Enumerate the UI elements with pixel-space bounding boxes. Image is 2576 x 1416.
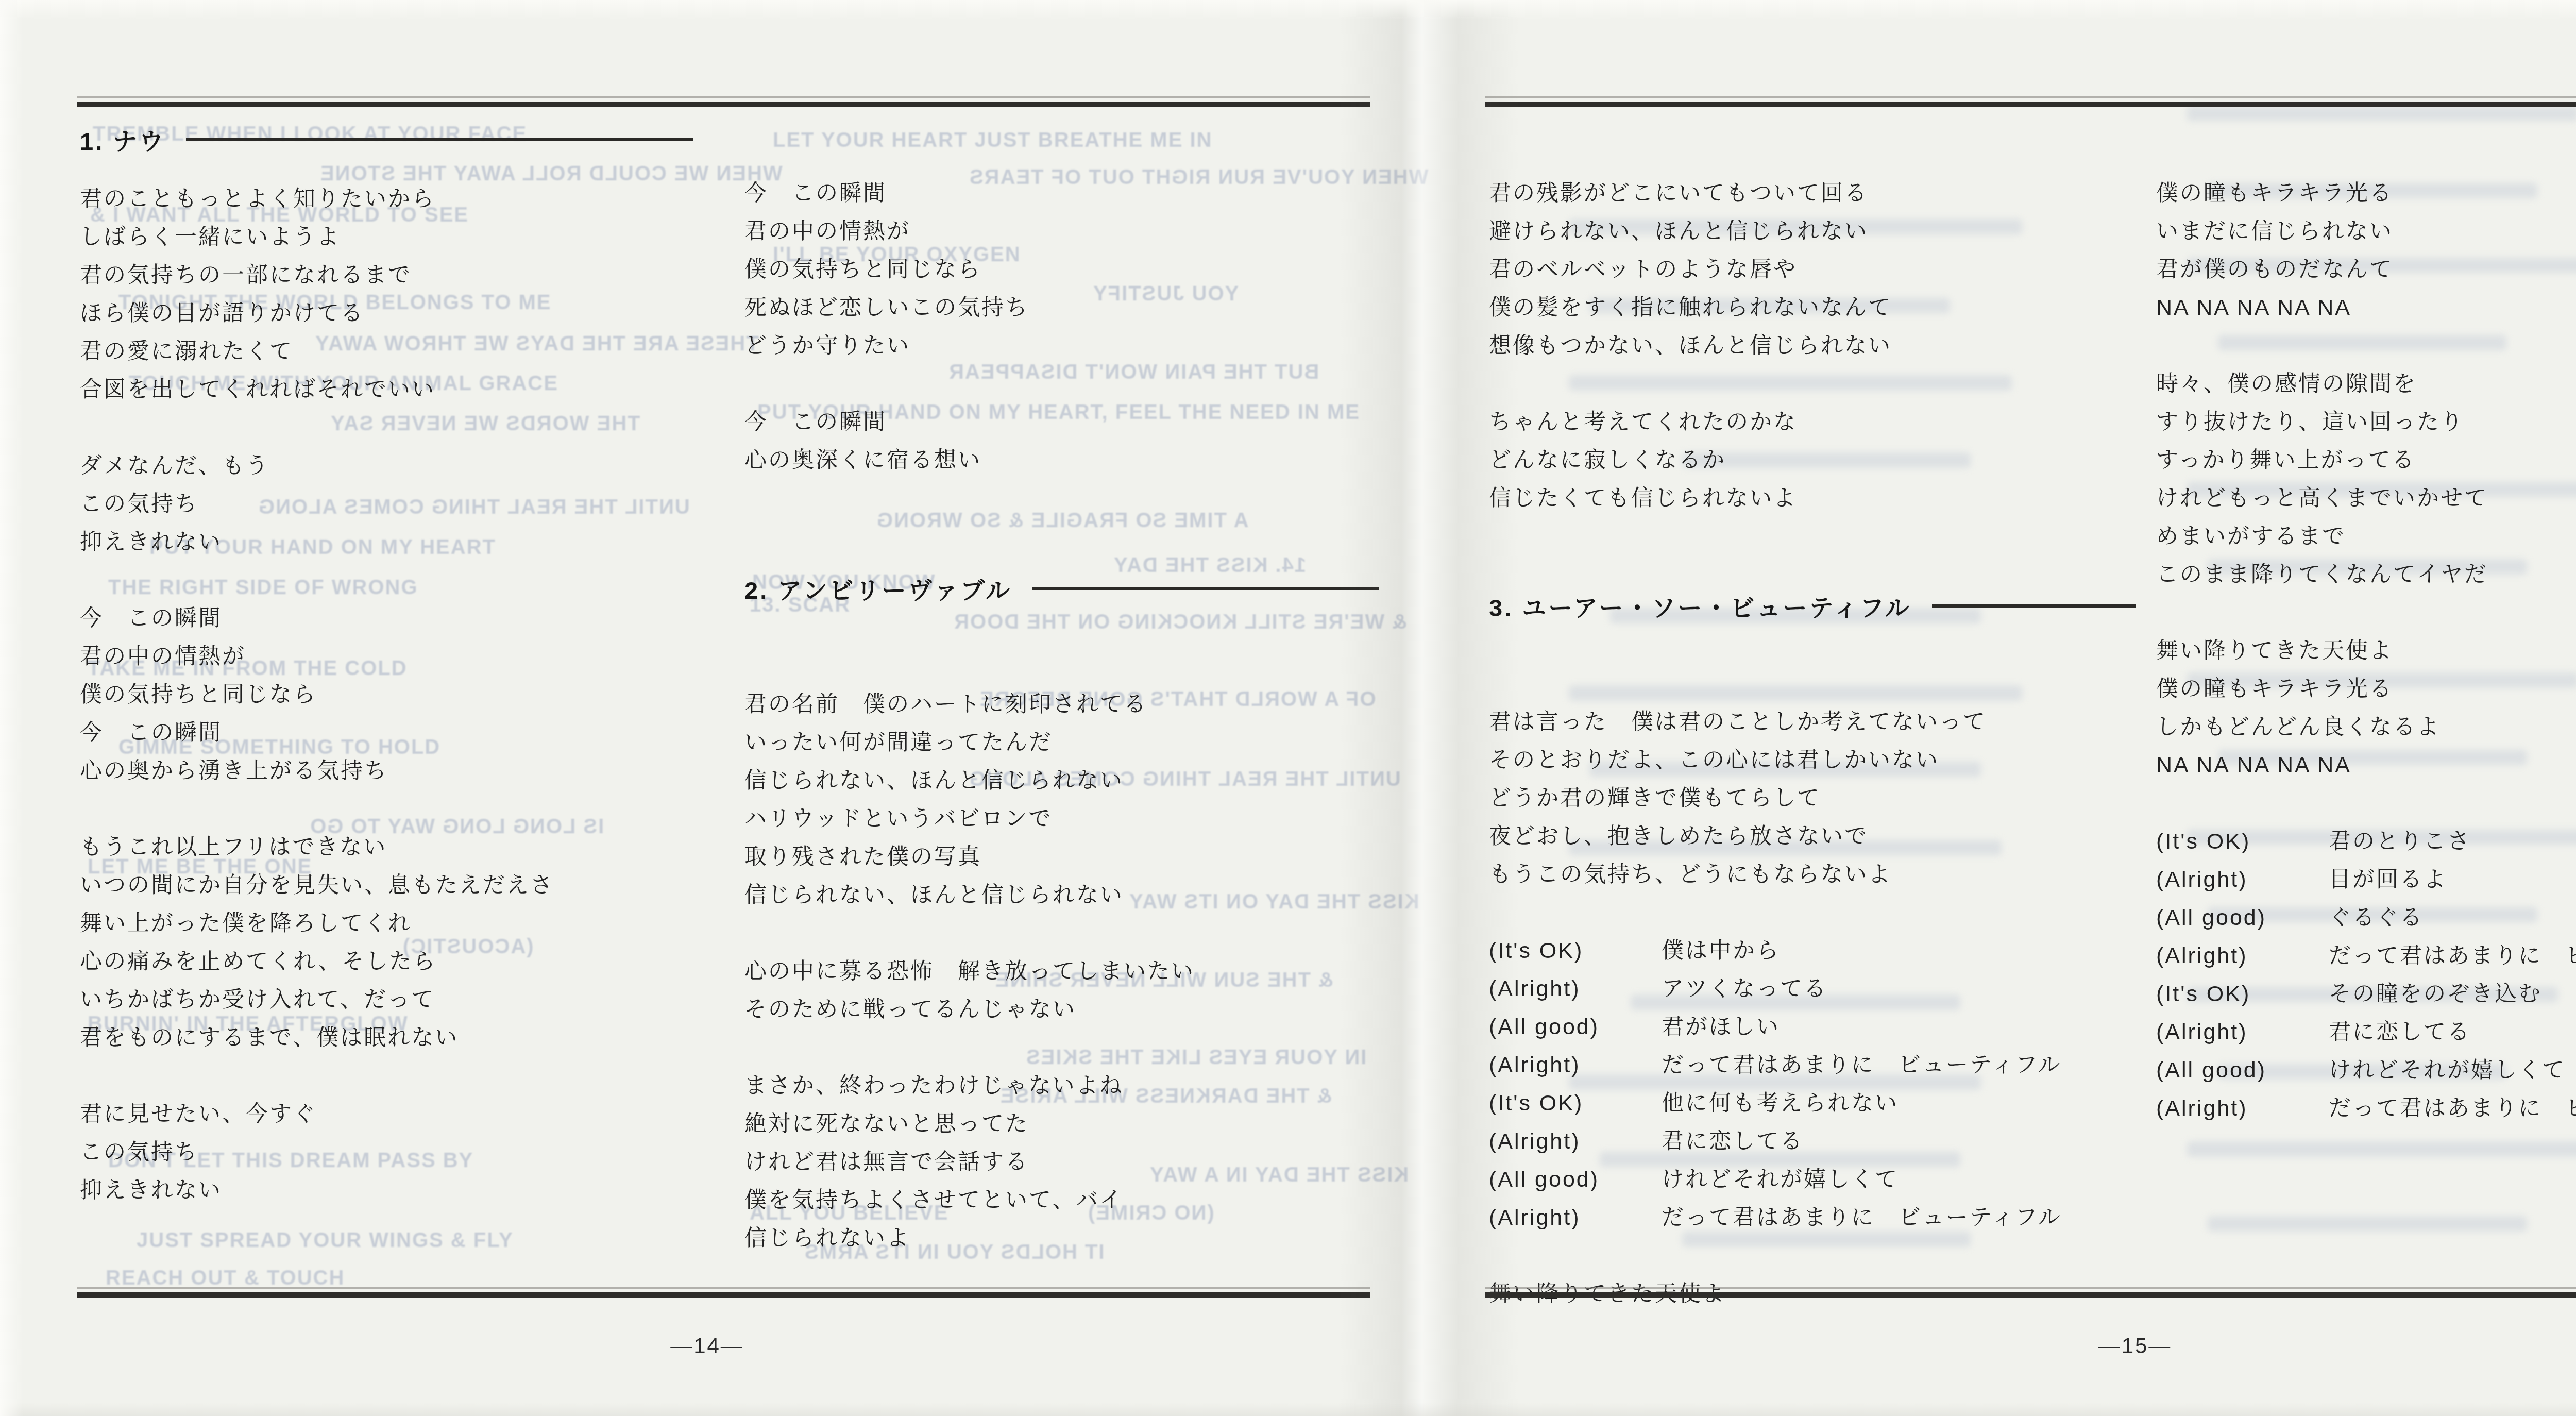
lyric-line-call-response: (Alright)目が回るよ bbox=[2156, 861, 2576, 899]
lyric-line: 信じたくても信じられないよ bbox=[1489, 479, 2138, 517]
song-title-text: 3. ユーアー・ソー・ビューティフル bbox=[1489, 589, 1911, 623]
lyric-line: 夜どおし、抱きしめたら放さないで bbox=[1489, 817, 2138, 855]
lyric-line: 君の愛に溺れたくて bbox=[80, 332, 696, 370]
song-title-text: 2. アンビリーヴァブル bbox=[744, 571, 1012, 606]
lyric-line: この気持ち bbox=[80, 485, 696, 523]
lyrics-column: 今 この瞬間君の中の情熱が僕の気持ちと同じなら死ぬほど恋しいこの気持ちどうか守り… bbox=[744, 174, 1381, 1257]
call-label: (All good) bbox=[1489, 1160, 1662, 1199]
top-rule bbox=[77, 102, 1370, 107]
call-label: (Alright) bbox=[2156, 937, 2329, 975]
stanza-gap bbox=[744, 1029, 1381, 1067]
spacer bbox=[1489, 626, 2138, 703]
stanza-gap bbox=[80, 1057, 696, 1095]
lyric-line: NA NA NA NA NA bbox=[2156, 746, 2576, 784]
lyric-line: ちゃんと考えてくれたのかな bbox=[1489, 403, 2138, 441]
call-label: (Alright) bbox=[2156, 1013, 2329, 1051]
lyric-line: 信じられないよ bbox=[744, 1219, 1381, 1257]
lyric-line: どうか君の輝きで僕もてらして bbox=[1489, 779, 2138, 817]
response-text: 君がほしい bbox=[1662, 1008, 1780, 1046]
spacer bbox=[744, 608, 1381, 685]
lyric-line: もうこれ以上フリはできない bbox=[80, 828, 696, 866]
lyric-line: 避けられない、ほんと信じられない bbox=[1489, 212, 2138, 250]
lyric-line-call-response: (It's OK)その瞳をのぞき込む bbox=[2156, 975, 2576, 1013]
response-text: 僕は中から bbox=[1662, 932, 1780, 970]
call-label: (Alright) bbox=[1489, 1046, 1662, 1084]
stanza-gap bbox=[744, 365, 1381, 403]
top-rule bbox=[1485, 102, 2576, 107]
lyric-line: 心の痛みを止めてくれ、そしたら bbox=[80, 942, 696, 981]
call-label: (It's OK) bbox=[2156, 975, 2329, 1013]
call-label: (Alright) bbox=[1489, 970, 1662, 1008]
lyric-line: すっかり舞い上がってる bbox=[2156, 441, 2576, 479]
lyric-line: 僕の気持ちと同じなら bbox=[80, 676, 696, 714]
lyric-line: 僕の気持ちと同じなら bbox=[744, 250, 1381, 289]
ghost-smudge bbox=[2208, 1216, 2527, 1232]
call-label: (Alright) bbox=[2156, 861, 2329, 899]
bottom-rule bbox=[1485, 1292, 2576, 1298]
lyric-line: まさか、終わったわけじゃないよね bbox=[744, 1067, 1381, 1105]
call-label: (It's OK) bbox=[2156, 822, 2329, 861]
stanza-gap bbox=[80, 561, 696, 599]
response-text: 君のとりこさ bbox=[2329, 822, 2471, 861]
response-text: だって君はあまりに ビューティフル bbox=[1662, 1046, 2062, 1084]
stanza-gap bbox=[1489, 365, 2138, 403]
lyric-line: 君のこともっとよく知りたいから bbox=[80, 180, 696, 218]
response-text: だって君はあまりに ビューティフル bbox=[2329, 937, 2576, 975]
lyric-line: もうこの気持ち、どうにもならないよ bbox=[1489, 855, 2138, 894]
response-text: 君に恋してる bbox=[1662, 1122, 1804, 1160]
lyric-line-call-response: (Alright)だって君はあまりに ビューティフル bbox=[2156, 937, 2576, 975]
lyric-line: 今 この瞬間 bbox=[80, 599, 696, 637]
stanza-gap bbox=[744, 479, 1381, 517]
response-text: けれどそれが嬉しくて bbox=[2329, 1051, 2566, 1089]
lyric-line-call-response: (All good)けれどそれが嬉しくて bbox=[2156, 1051, 2576, 1089]
lyric-line: 取り残された僕の写真 bbox=[744, 838, 1381, 876]
call-label: (All good) bbox=[1489, 1008, 1662, 1046]
lyric-line: 心の奥深くに宿る想い bbox=[744, 441, 1381, 479]
lyric-line-call-response: (Alright)だって君はあまりに ビューティフル bbox=[1489, 1046, 2138, 1084]
lyric-line: 絶対に死なないと思ってた bbox=[744, 1105, 1381, 1143]
call-label: (All good) bbox=[2156, 899, 2329, 937]
lyric-line: いまだに信じられない bbox=[2156, 212, 2576, 250]
lyric-line: 君が僕のものだなんて bbox=[2156, 250, 2576, 289]
lyric-line-call-response: (It's OK)他に何も考えられない bbox=[1489, 1084, 2138, 1122]
page-number: —14— bbox=[0, 1334, 1414, 1358]
lyric-line: そのとおりだよ、この心には君しかいない bbox=[1489, 741, 2138, 779]
lyric-line: 君の中の情熱が bbox=[80, 637, 696, 676]
ghost-showthrough-text: LET YOUR HEART JUST BREATHE ME IN bbox=[773, 129, 1212, 152]
lyric-line-call-response: (It's OK)君のとりこさ bbox=[2156, 822, 2576, 861]
lyric-line: 僕の髪をすく指に触れられないなんて bbox=[1489, 289, 2138, 327]
call-label: (All good) bbox=[2156, 1051, 2329, 1089]
song-title: 3. ユーアー・ソー・ビューティフル bbox=[1489, 586, 2138, 626]
lyric-line: いつの間にか自分を見失い、息もたえだえさ bbox=[80, 866, 696, 904]
lyric-line: 抑えきれない bbox=[80, 1171, 696, 1209]
lyric-line: NA NA NA NA NA bbox=[2156, 289, 2576, 327]
bottom-rule-thin bbox=[1485, 1287, 2576, 1289]
stanza-gap bbox=[1489, 1237, 2138, 1275]
booklet-page-15: 4. エヴリデイ 君の残影がどこにいてもついて回る避けられない、ほんと信じられな… bbox=[1414, 0, 2576, 1416]
lyric-line: 君に見せたい、今すぐ bbox=[80, 1095, 696, 1133]
stanza-gap bbox=[2156, 784, 2576, 822]
bottom-rule-thin bbox=[77, 1287, 1370, 1289]
lyric-line: どんなに寂しくなるか bbox=[1489, 441, 2138, 479]
stanza-gap bbox=[1489, 894, 2138, 932]
lyric-line: 僕の瞳もキラキラ光る bbox=[2156, 174, 2576, 212]
lyric-line-call-response: (All good)ぐるぐる bbox=[2156, 899, 2576, 937]
lyric-line: 君は言った 僕は君のことしか考えてないって bbox=[1489, 703, 2138, 741]
lyric-line: すり抜けたり、這い回ったり bbox=[2156, 403, 2576, 441]
spacer bbox=[80, 159, 696, 180]
response-text: 他に何も考えられない bbox=[1662, 1084, 1899, 1122]
lyric-line-call-response: (Alright)君に恋してる bbox=[1489, 1122, 2138, 1160]
response-text: だって君はあまりに ビューティフル bbox=[1662, 1199, 2062, 1237]
lyric-line: 想像もつかない、ほんと信じられない bbox=[1489, 327, 2138, 365]
lyric-line: いちかばちか受け入れて、だって bbox=[80, 981, 696, 1019]
top-rule-thin bbox=[1485, 96, 2576, 98]
ghost-smudge bbox=[2187, 1141, 2576, 1157]
call-label: (Alright) bbox=[1489, 1122, 1662, 1160]
lyric-line: 舞い降りてきた天使よ bbox=[2156, 632, 2576, 670]
lyric-line-call-response: (All good)けれどそれが嬉しくて bbox=[1489, 1160, 2138, 1199]
lyric-line: しばらく一緒にいようよ bbox=[80, 218, 696, 256]
spacer bbox=[744, 517, 1381, 569]
song-title: 2. アンビリーヴァブル bbox=[744, 569, 1381, 608]
lyric-line: どうか守りたい bbox=[744, 327, 1381, 365]
response-text: けれどそれが嬉しくて bbox=[1662, 1160, 1899, 1199]
lyric-line-call-response: (Alright)だって君はあまりに ビューティフル bbox=[2156, 1089, 2576, 1127]
lyric-line: 君の気持ちの一部になれるまで bbox=[80, 256, 696, 294]
lyric-line: 抑えきれない bbox=[80, 523, 696, 561]
stanza-gap bbox=[80, 409, 696, 447]
lyrics-column: 僕の瞳もキラキラ光るいまだに信じられない君が僕のものだなんてNA NA NA N… bbox=[2156, 174, 2576, 1127]
lyric-line: けれど君は無言で会話する bbox=[744, 1143, 1381, 1181]
response-text: ぐるぐる bbox=[2329, 899, 2424, 937]
lyric-line: 君の名前 僕のハートに刻印されてる bbox=[744, 685, 1381, 723]
booklet-page-14: TREMBLE WHEN I LOOK AT YOUR FACEWHEN WE … bbox=[0, 0, 1414, 1416]
stanza-gap bbox=[744, 914, 1381, 952]
lyric-line: 君の中の情熱が bbox=[744, 212, 1381, 250]
page-number: —15— bbox=[1414, 1334, 2576, 1358]
lyric-line: 今 この瞬間 bbox=[80, 714, 696, 752]
top-rule-thin bbox=[77, 96, 1370, 98]
lyric-line: 合図を出してくれればそれでいい bbox=[80, 370, 696, 409]
lyric-line: この気持ち bbox=[80, 1133, 696, 1171]
response-text: 目が回るよ bbox=[2329, 861, 2447, 899]
lyric-line: ほら僕の目が語りかけてる bbox=[80, 294, 696, 332]
lyric-line-call-response: (All good)君がほしい bbox=[1489, 1008, 2138, 1046]
response-text: その瞳をのぞき込む bbox=[2329, 975, 2542, 1013]
lyric-line: 心の奥から湧き上がる気持ち bbox=[80, 752, 696, 790]
bottom-rule bbox=[77, 1292, 1370, 1298]
call-label: (It's OK) bbox=[1489, 1084, 1662, 1122]
lyric-line: ダメなんだ、もう bbox=[80, 447, 696, 485]
lyric-line: いったい何が間違ってたんだ bbox=[744, 723, 1381, 762]
lyric-line: 舞い上がった僕を降ろしてくれ bbox=[80, 904, 696, 942]
ghost-smudge bbox=[2187, 106, 2576, 121]
stanza-gap bbox=[1489, 517, 2138, 555]
spacer bbox=[1489, 555, 2138, 586]
lyric-line: 君をものにするまで、僕は眠れない bbox=[80, 1019, 696, 1057]
call-label: (It's OK) bbox=[1489, 932, 1662, 970]
lyric-line: 今 この瞬間 bbox=[744, 403, 1381, 441]
lyric-line: 今 この瞬間 bbox=[744, 174, 1381, 212]
song-title: 1. ナウ bbox=[80, 120, 696, 159]
booklet-spread: TREMBLE WHEN I LOOK AT YOUR FACEWHEN WE … bbox=[0, 0, 2576, 1416]
lyric-line-call-response: (Alright)アツくなってる bbox=[1489, 970, 2138, 1008]
lyric-line: ハリウッドというバビロンで bbox=[744, 800, 1381, 838]
lyric-line: 死ぬほど恋しいこの気持ち bbox=[744, 289, 1381, 327]
ghost-showthrough-text: JUST SPREAD YOUR WINGS & FLY bbox=[137, 1229, 514, 1252]
lyric-line: 僕の瞳もキラキラ光る bbox=[2156, 670, 2576, 708]
title-rule bbox=[1032, 587, 1379, 590]
lyric-line-call-response: (Alright)君に恋してる bbox=[2156, 1013, 2576, 1051]
lyric-line: 心の中に募る恐怖 解き放ってしまいたい bbox=[744, 952, 1381, 990]
response-text: アツくなってる bbox=[1662, 970, 1827, 1008]
call-label: (Alright) bbox=[2156, 1089, 2329, 1127]
stanza-gap bbox=[2156, 594, 2576, 632]
lyric-line: けれどもっと高くまでいかせて bbox=[2156, 479, 2576, 517]
lyric-line-call-response: (Alright)だって君はあまりに ビューティフル bbox=[1489, 1199, 2138, 1237]
lyrics-column: 1. ナウ君のこともっとよく知りたいからしばらく一緒にいようよ君の気持ちの一部に… bbox=[80, 120, 696, 1209]
lyric-line: このまま降りてくなんてイヤだ bbox=[2156, 555, 2576, 594]
title-rule bbox=[1932, 604, 2136, 608]
lyric-line: 君の残影がどこにいてもついて回る bbox=[1489, 174, 2138, 212]
response-text: 君に恋してる bbox=[2329, 1013, 2471, 1051]
lyric-line: 君のベルベットのような唇や bbox=[1489, 250, 2138, 289]
lyric-line-call-response: (It's OK)僕は中から bbox=[1489, 932, 2138, 970]
lyric-line: 時々、僕の感情の隙間を bbox=[2156, 365, 2576, 403]
lyrics-column: 君の残影がどこにいてもついて回る避けられない、ほんと信じられない君のベルベットの… bbox=[1489, 174, 2138, 1313]
lyric-line: 僕を気持ちよくさせてといて、バイ bbox=[744, 1181, 1381, 1219]
call-label: (Alright) bbox=[1489, 1199, 1662, 1237]
lyric-line: そのために戦ってるんじゃない bbox=[744, 990, 1381, 1029]
lyric-line: めまいがするまで bbox=[2156, 517, 2576, 555]
response-text: だって君はあまりに ビューティフル bbox=[2329, 1089, 2576, 1127]
stanza-gap bbox=[2156, 327, 2576, 365]
stanza-gap bbox=[80, 790, 696, 828]
title-rule bbox=[186, 138, 693, 141]
lyric-line: 信じられない、ほんと信じられない bbox=[744, 762, 1381, 800]
song-title-text: 1. ナウ bbox=[80, 123, 165, 157]
lyric-line: 信じられない、ほんと信じられない bbox=[744, 876, 1381, 914]
lyric-line: しかもどんどん良くなるよ bbox=[2156, 708, 2576, 746]
